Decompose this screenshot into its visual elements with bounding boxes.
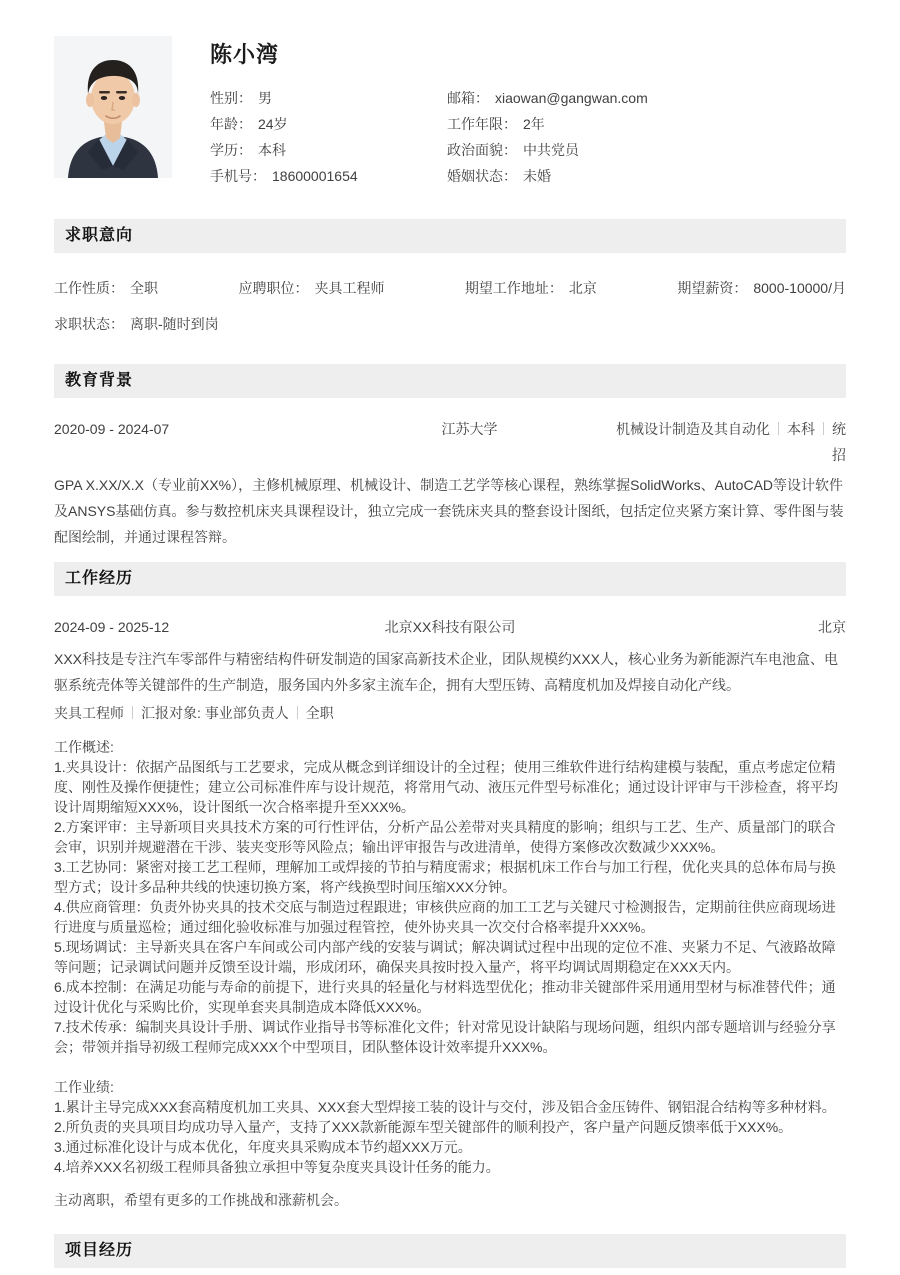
job-intention-row: 工作性质：全职 应聘职位：夹具工程师 期望工作地址：北京 期望薪资：8000-1… xyxy=(54,278,846,298)
field-political-status: 政治面貌：中共党员 xyxy=(447,137,846,163)
field-value: 男 xyxy=(258,90,272,106)
resume-header: 陈小湾 性别：男 年龄：24岁 学历：本科 手机号：18600001654 邮箱… xyxy=(54,0,846,189)
field-value: 北京 xyxy=(569,280,597,296)
field-value: 8000-10000/月 xyxy=(753,280,846,296)
work-period: 2024-09 - 2025-12 xyxy=(54,614,318,640)
field-label: 年龄： xyxy=(210,116,252,132)
divider xyxy=(778,422,779,435)
field-email: 邮箱：xiaowan@gangwan.com xyxy=(447,85,846,111)
field-target-position: 应聘职位：夹具工程师 xyxy=(238,278,384,298)
divider xyxy=(823,422,824,435)
personal-info-col-left: 性别：男 年龄：24岁 学历：本科 手机号：18600001654 xyxy=(210,85,447,189)
field-label: 婚姻状态： xyxy=(447,168,517,184)
field-value: 24岁 xyxy=(258,116,288,132)
field-work-years: 工作年限：2年 xyxy=(447,111,846,137)
education-major: 机械设计制造及其自动化 xyxy=(616,421,770,437)
company-description: XXX科技是专注汽车零部件与精密结构件研发制造的国家高新技术企业，团队规模约XX… xyxy=(54,646,846,698)
field-expected-salary: 期望薪资：8000-10000/月 xyxy=(677,278,846,298)
job-type: 全职 xyxy=(306,705,334,721)
field-phone: 手机号：18600001654 xyxy=(210,163,447,189)
field-value: xiaowan@gangwan.com xyxy=(495,90,648,106)
field-label: 政治面貌： xyxy=(447,142,517,158)
profile-photo xyxy=(54,36,172,178)
field-label: 性别： xyxy=(210,90,252,106)
field-label: 手机号： xyxy=(210,168,266,184)
field-value: 18600001654 xyxy=(272,168,358,184)
field-label: 期望工作地址： xyxy=(465,280,563,296)
work-location: 北京 xyxy=(582,614,846,640)
field-label: 工作年限： xyxy=(447,116,517,132)
field-job-nature: 工作性质：全职 xyxy=(54,278,158,298)
work-row: 2024-09 - 2025-12 北京XX科技有限公司 北京 xyxy=(54,614,846,640)
field-value: 中共党员 xyxy=(523,142,579,158)
education-degree: 本科 xyxy=(787,421,815,437)
field-marital-status: 婚姻状态：未婚 xyxy=(447,163,846,189)
field-value: 本科 xyxy=(258,142,286,158)
job-title-row: 夹具工程师汇报对象: 事业部负责人全职 xyxy=(54,700,846,726)
work-description: 工作概述: 1.夹具设计：依据产品图纸与工艺要求，完成从概念到详细设计的全过程；… xyxy=(54,737,846,1177)
candidate-name: 陈小湾 xyxy=(210,38,846,69)
field-age: 年龄：24岁 xyxy=(210,111,447,137)
field-label: 应聘职位： xyxy=(238,280,308,296)
profile-photo-image xyxy=(54,36,172,178)
field-value: 离职-随时到岗 xyxy=(130,316,219,332)
education-major-degree: 机械设计制造及其自动化本科统招 xyxy=(608,416,846,468)
header-info: 陈小湾 性别：男 年龄：24岁 学历：本科 手机号：18600001654 邮箱… xyxy=(210,36,846,189)
education-description: GPA X.XX/X.X（专业前XX%），主修机械原理、机械设计、制造工艺学等核… xyxy=(54,472,846,550)
resume-page: 陈小湾 性别：男 年龄：24岁 学历：本科 手机号：18600001654 邮箱… xyxy=(0,0,900,1275)
field-label: 求职状态： xyxy=(54,316,124,332)
field-expected-location: 期望工作地址：北京 xyxy=(465,278,597,298)
section-title-education: 教育背景 xyxy=(54,364,846,398)
education-row: 2020-09 - 2024-07 江苏大学 机械设计制造及其自动化本科统招 xyxy=(54,416,846,468)
personal-info-grid: 性别：男 年龄：24岁 学历：本科 手机号：18600001654 邮箱：xia… xyxy=(210,85,846,189)
education-period: 2020-09 - 2024-07 xyxy=(54,416,331,468)
field-label: 工作性质： xyxy=(54,280,124,296)
field-gender: 性别：男 xyxy=(210,85,447,111)
work-company: 北京XX科技有限公司 xyxy=(318,614,582,640)
field-value: 全职 xyxy=(130,280,158,296)
leave-reason: 主动离职，希望有更多的工作挑战和涨薪机会。 xyxy=(54,1190,846,1210)
field-value: 2年 xyxy=(523,116,545,132)
section-title-projects: 项目经历 xyxy=(54,1234,846,1268)
divider xyxy=(132,706,133,719)
field-label: 邮箱： xyxy=(447,90,489,106)
field-job-status: 求职状态：离职-随时到岗 xyxy=(54,314,846,334)
field-education: 学历：本科 xyxy=(210,137,447,163)
education-enroll-type: 统招 xyxy=(832,421,846,463)
education-school: 江苏大学 xyxy=(331,416,608,468)
field-label: 学历： xyxy=(210,142,252,158)
job-report-to: 汇报对象: 事业部负责人 xyxy=(141,705,289,721)
section-title-work-experience: 工作经历 xyxy=(54,562,846,596)
section-title-job-intention: 求职意向 xyxy=(54,219,846,253)
field-value: 未婚 xyxy=(523,168,551,184)
personal-info-col-right: 邮箱：xiaowan@gangwan.com 工作年限：2年 政治面貌：中共党员… xyxy=(447,85,846,189)
divider xyxy=(297,706,298,719)
field-value: 夹具工程师 xyxy=(314,280,384,296)
job-title: 夹具工程师 xyxy=(54,705,124,721)
field-label: 期望薪资： xyxy=(677,280,747,296)
